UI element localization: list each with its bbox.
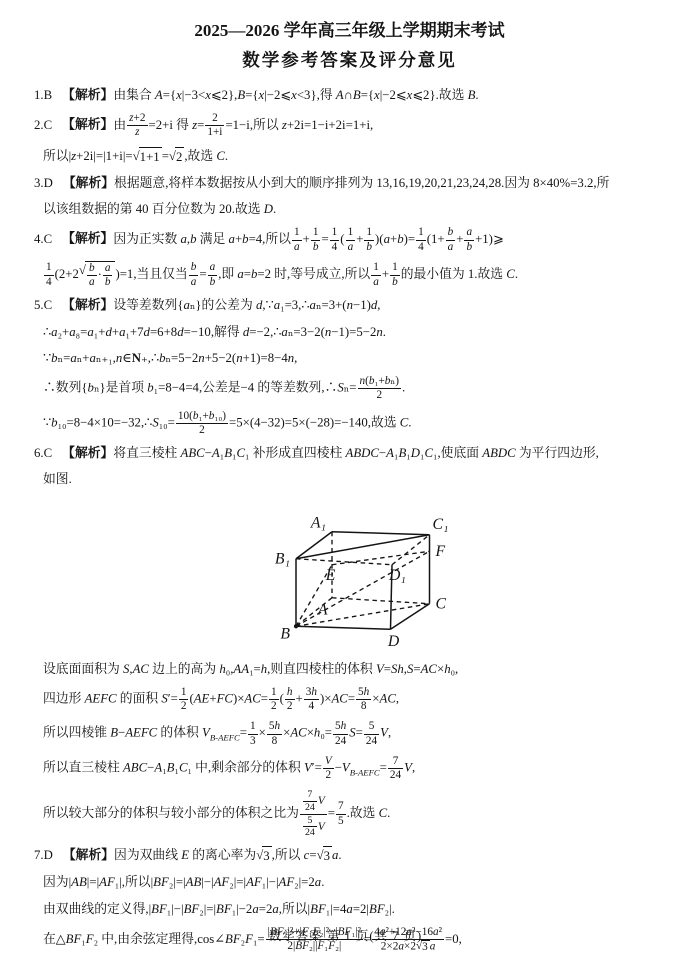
vertex-label-a: A <box>316 601 327 618</box>
answer-items: 1.B【解析】由集合 A={x|−3<x⩽2},B={x|−2⩽x<3},得 A… <box>34 86 665 954</box>
vertex-b-dot <box>293 624 297 628</box>
answer-text: 根据题意,将样本数据按从小到大的顺序排列为 13,16,19,20,21,23,… <box>114 176 609 190</box>
answer-text: 将直三棱柱 ABC−A₁B₁C₁ 补形成直四棱柱 ABDC−A₁B₁D₁C₁,使… <box>113 446 599 460</box>
prism-figure: A₁ C₁ B₁ E D₁ F A B C D <box>34 497 665 653</box>
question-number: 1.B <box>34 88 52 102</box>
page-title: 2025—2026 学年高三年级上学期期末考试 <box>34 16 665 41</box>
analysis-marker: 【解析】 <box>62 232 113 246</box>
question-number: 2.C <box>34 118 52 132</box>
answer-line: 因为|AB|=|AF₁|,所以|BF₂|=|AB|−|AF₂|=|AF₁|−|A… <box>34 873 665 892</box>
question-number: 4.C <box>34 232 52 246</box>
answer-line: 5.C【解析】设等差数列{aₙ}的公差为 d,∵a₁=3,∴aₙ=3+(n−1)… <box>34 296 665 315</box>
answer-line: 1.B【解析】由集合 A={x|−3<x⩽2},B={x|−2⩽x<3},得 A… <box>34 86 665 105</box>
question-number: 5.C <box>34 298 52 312</box>
answer-line: ∴a₂+a₈=a₁+d+a₁+7d=6+8d=−10,解得 d=−2,∴aₙ=3… <box>34 323 665 342</box>
answer-line: 2.C【解析】由z+2z=2+i 得 z=21+i=1−i,所以 z+2i=1−… <box>34 112 665 140</box>
vertex-label-c: C <box>435 595 446 612</box>
analysis-marker: 【解析】 <box>62 88 113 102</box>
analysis-marker: 【解析】 <box>63 848 114 862</box>
exam-answer-page: 2025—2026 学年高三年级上学期期末考试 数学参考答案及评分意见 1.B【… <box>0 0 691 954</box>
answer-text: 由集合 A={x|−3<x⩽2},B={x|−2⩽x<3},得 A∩B={x|−… <box>113 88 478 102</box>
answer-line: 所以四棱锥 B−AEFC 的体积 VB-AEFC=13×5h8×AC×h₀=5h… <box>34 720 665 748</box>
answer-line: 所以|z+2i|=|1+i|=√1+1=√2,故选 C. <box>34 147 665 167</box>
answer-item: 5.C【解析】设等差数列{aₙ}的公差为 d,∵a₁=3,∴aₙ=3+(n−1)… <box>34 296 665 437</box>
answer-line: 四边形 AEFC 的面积 S′=12(AE+FC)×AC=12(h2+3h4)×… <box>34 686 665 714</box>
vertex-label-e: E <box>324 566 335 583</box>
answer-text: 设等差数列{aₙ}的公差为 d,∵a₁=3,∴aₙ=3+(n−1)d, <box>113 298 380 312</box>
answer-line: 设底面面积为 S,AC 边上的高为 h₀,AA₁=h,则直四棱柱的体积 V=Sh… <box>34 660 665 679</box>
vertex-label-a1: A₁ <box>309 514 325 531</box>
answer-line: ∴数列{bₙ}是首项 b₁=8−4=4,公差是−4 的等差数列,∴Sₙ=n(b₁… <box>34 375 665 403</box>
answer-line: 如图. <box>34 470 665 489</box>
answer-text: 因为双曲线 E 的离心率为√3,所以 c=√3a. <box>114 848 342 862</box>
question-number: 3.D <box>34 176 53 190</box>
answer-line: 4.C【解析】因为正实数 a,b 满足 a+b=4,所以1a+1b=14(1a+… <box>34 226 665 254</box>
analysis-marker: 【解析】 <box>62 298 113 312</box>
answer-item: 2.C【解析】由z+2z=2+i 得 z=21+i=1−i,所以 z+2i=1−… <box>34 112 665 167</box>
answer-item: 4.C【解析】因为正实数 a,b 满足 a+b=4,所以1a+1b=14(1a+… <box>34 226 665 289</box>
answer-line: 由双曲线的定义得,|BF₁|−|BF₂|=|BF₁|−2a=2a,所以|BF₁|… <box>34 900 665 919</box>
vertex-label-b1: B₁ <box>274 550 289 567</box>
answer-line: 6.C【解析】将直三棱柱 ABC−A₁B₁C₁ 补形成直四棱柱 ABDC−A₁B… <box>34 444 665 463</box>
answer-item: 3.D【解析】根据题意,将样本数据按从小到大的顺序排列为 13,16,19,20… <box>34 174 665 219</box>
answer-text: 因为正实数 a,b 满足 a+b=4,所以1a+1b=14(1a+1b)(a+b… <box>113 232 503 246</box>
answer-line: ∵b₁₀=8−4×10=−32,∴S₁₀=10(b₁+b₁₀)2=5×(4−32… <box>34 410 665 438</box>
question-number: 7.D <box>34 848 53 862</box>
vertex-label-f: F <box>434 542 445 559</box>
vertex-label-d: D <box>386 632 399 648</box>
vertex-label-c1: C₁ <box>432 515 448 532</box>
analysis-marker: 【解析】 <box>62 446 113 460</box>
answer-line: ∵bₙ=aₙ+aₙ₊₁,n∈N₊,∴bₙ=5−2n+5−2(n+1)=8−4n, <box>34 349 665 368</box>
answer-line: 以该组数据的第 40 百分位数为 20.故选 D. <box>34 200 665 219</box>
page-subtitle: 数学参考答案及评分意见 <box>34 47 665 72</box>
page-footer: 数学答案 第 1 页(共 7 页) <box>0 926 691 944</box>
analysis-marker: 【解析】 <box>63 176 114 190</box>
answer-line: 所以较大部分的体积与较小部分的体积之比为724V524V=75.故选 C. <box>34 789 665 839</box>
answer-item: 1.B【解析】由集合 A={x|−3<x⩽2},B={x|−2⩽x<3},得 A… <box>34 86 665 105</box>
answer-item: 6.C【解析】将直三棱柱 ABC−A₁B₁C₁ 补形成直四棱柱 ABDC−A₁B… <box>34 444 665 839</box>
answer-line: 所以直三棱柱 ABC−A₁B₁C₁ 中,剩余部分的体积 V′=V2−VB-AEF… <box>34 755 665 783</box>
question-number: 6.C <box>34 446 52 460</box>
answer-text: 由z+2z=2+i 得 z=21+i=1−i,所以 z+2i=1−i+2i=1+… <box>113 118 373 132</box>
vertex-label-b: B <box>280 625 290 642</box>
answer-line: 3.D【解析】根据题意,将样本数据按从小到大的顺序排列为 13,16,19,20… <box>34 174 665 193</box>
vertex-label-d1: D₁ <box>388 566 406 583</box>
answer-line: 7.D【解析】因为双曲线 E 的离心率为√3,所以 c=√3a. <box>34 846 665 866</box>
analysis-marker: 【解析】 <box>62 118 113 132</box>
answer-line: 14(2+2√ba·ab)=1,当且仅当ba=ab,即 a=b=2 时,等号成立… <box>34 261 665 290</box>
prism-diagram: A₁ C₁ B₁ E D₁ F A B C D <box>251 497 449 649</box>
